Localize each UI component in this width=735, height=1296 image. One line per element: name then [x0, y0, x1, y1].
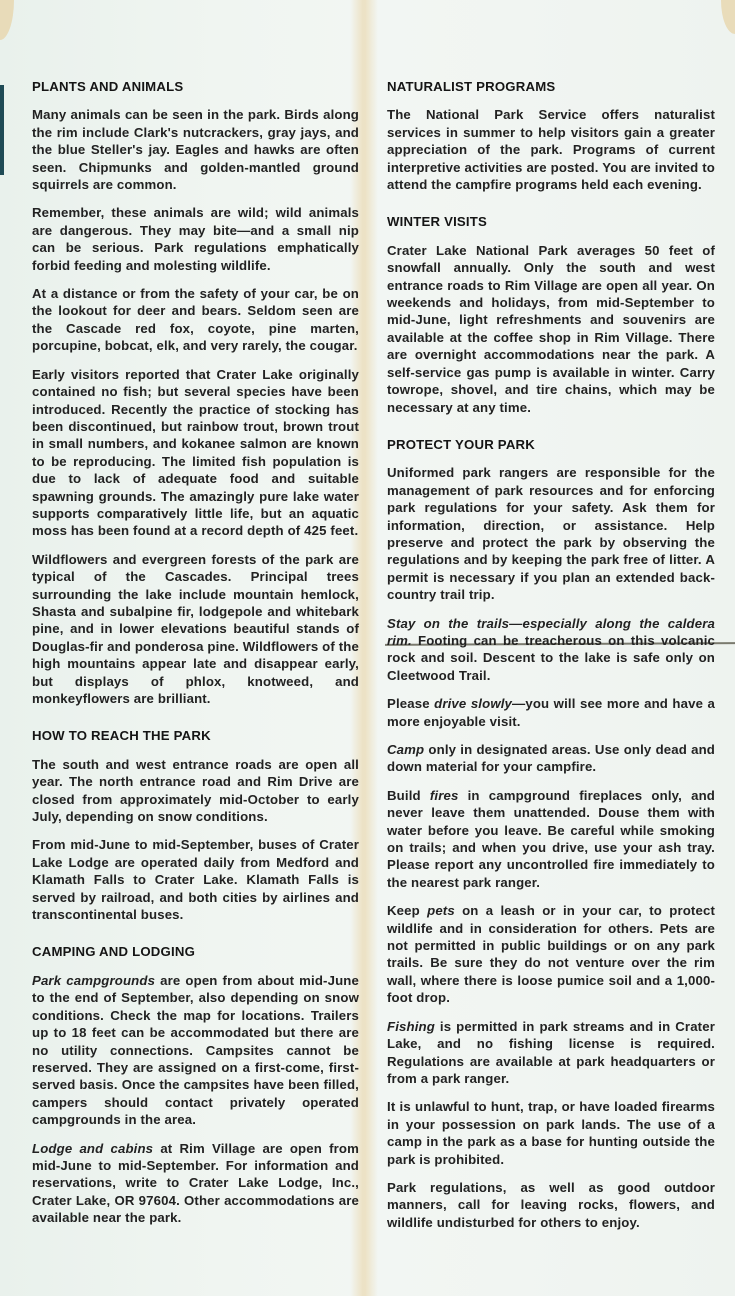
left-column: PLANTS AND ANIMALS Many animals can be s…	[32, 78, 359, 1247]
section-heading: NATURALIST PROGRAMS	[387, 78, 715, 95]
emphasis: Park campgrounds	[32, 973, 155, 988]
section-protect-your-park: PROTECT YOUR PARK Uniformed park rangers…	[387, 436, 715, 1231]
section-heading: HOW TO REACH THE PARK	[32, 727, 359, 744]
paragraph: Park campgrounds are open from about mid…	[32, 972, 359, 1129]
emphasis: Fishing	[387, 1019, 435, 1034]
paragraph: Camp only in designated areas. Use only …	[387, 741, 715, 776]
paragraph: The south and west entrance roads are op…	[32, 756, 359, 826]
paragraph-text: on a leash or in your car, to protect wi…	[387, 903, 715, 1005]
paper-corner-stain-top-left	[0, 0, 14, 40]
emphasis: pets	[427, 903, 455, 918]
section-heading: PLANTS AND ANIMALS	[32, 78, 359, 95]
left-edge-bar	[0, 85, 4, 175]
paragraph-text: Please	[387, 696, 434, 711]
section-heading: WINTER VISITS	[387, 213, 715, 230]
section-how-to-reach: HOW TO REACH THE PARK The south and west…	[32, 727, 359, 923]
paragraph: Early visitors reported that Crater Lake…	[32, 366, 359, 540]
paragraph: From mid-June to mid-September, buses of…	[32, 836, 359, 923]
paragraph: Stay on the trails—especially along the …	[387, 615, 715, 685]
emphasis: drive slowly	[434, 696, 512, 711]
paragraph: Wildflowers and evergreen forests of the…	[32, 551, 359, 708]
paragraph: It is unlawful to hunt, trap, or have lo…	[387, 1098, 715, 1168]
paragraph: Uniformed park rangers are responsible f…	[387, 464, 715, 603]
paragraph-text: Build	[387, 788, 430, 803]
section-winter-visits: WINTER VISITS Crater Lake National Park …	[387, 213, 715, 415]
paragraph-text: is permitted in park streams and in Crat…	[387, 1019, 715, 1086]
paragraph: Keep pets on a leash or in your car, to …	[387, 902, 715, 1006]
paragraph-text: Footing can be treacherous on this volca…	[387, 633, 715, 683]
paper-corner-stain-top-right	[721, 0, 735, 34]
paragraph: Remember, these animals are wild; wild a…	[32, 204, 359, 274]
section-heading: CAMPING AND LODGING	[32, 943, 359, 960]
paragraph: Lodge and cabins at Rim Village are open…	[32, 1140, 359, 1227]
paragraph: Please drive slowly—you will see more an…	[387, 695, 715, 730]
right-column: NATURALIST PROGRAMS The National Park Se…	[387, 78, 715, 1251]
emphasis: Lodge and cabins	[32, 1141, 153, 1156]
paragraph: Crater Lake National Park averages 50 fe…	[387, 242, 715, 416]
paragraph-text: are open from about mid-June to the end …	[32, 973, 359, 1127]
section-heading: PROTECT YOUR PARK	[387, 436, 715, 453]
paragraph-text: Keep	[387, 903, 427, 918]
emphasis: Camp	[387, 742, 424, 757]
paragraph: The National Park Service offers natural…	[387, 106, 715, 193]
section-naturalist-programs: NATURALIST PROGRAMS The National Park Se…	[387, 78, 715, 193]
paragraph: Park regulations, as well as good outdoo…	[387, 1179, 715, 1231]
paragraph: Fishing is permitted in park streams and…	[387, 1018, 715, 1088]
section-camping-and-lodging: CAMPING AND LODGING Park campgrounds are…	[32, 943, 359, 1226]
paragraph-text: in campground fireplaces only, and never…	[387, 788, 715, 890]
paragraph: Build fires in campground fireplaces onl…	[387, 787, 715, 891]
emphasis: fires	[430, 788, 459, 803]
section-plants-and-animals: PLANTS AND ANIMALS Many animals can be s…	[32, 78, 359, 707]
paragraph-text: only in designated areas. Use only dead …	[387, 742, 715, 774]
paragraph: Many animals can be seen in the park. Bi…	[32, 106, 359, 193]
paragraph: At a distance or from the safety of your…	[32, 285, 359, 355]
